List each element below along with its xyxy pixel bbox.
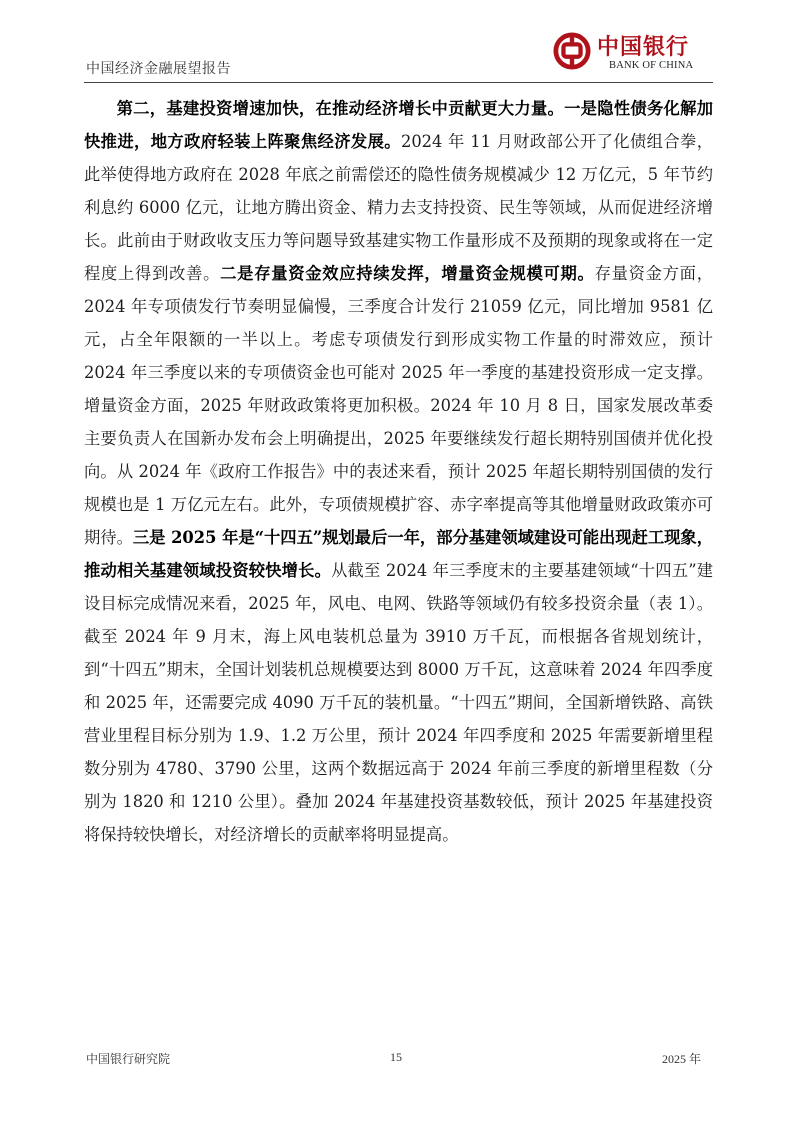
- text-segment-2: 存量资金方面，2024 年专项债发行节奏明显偏慢，三季度合计发行 21059 亿…: [84, 264, 713, 547]
- body-text: 第二，基建投资增速加快，在推动经济增长中贡献更大力量。一是隐性债务化解加快推进，…: [84, 92, 713, 851]
- bank-of-china-logo-icon: [553, 32, 591, 70]
- footer-publisher: 中国银行研究院: [86, 1050, 170, 1067]
- text-segment-1: 2024 年 11 月财政部公开了化债组合拳，此举使得地方政府在 2028 年底…: [84, 132, 713, 283]
- logo-english-name: BANK OF CHINA: [609, 60, 693, 71]
- page-number: 15: [390, 1050, 402, 1065]
- report-title: 中国经济金融展望报告: [86, 58, 231, 78]
- footer-year: 2025 年: [662, 1050, 701, 1067]
- bold-heading-2: 二是存量资金效应持续发挥，增量资金规模可期。: [220, 264, 594, 283]
- bank-logo: 中国银行 BANK OF CHINA: [553, 30, 713, 80]
- header-divider: [84, 82, 713, 83]
- paragraph: 第二，基建投资增速加快，在推动经济增长中贡献更大力量。一是隐性债务化解加快推进，…: [84, 92, 713, 851]
- logo-chinese-name: 中国银行: [597, 30, 689, 61]
- text-segment-3: 从截至 2024 年三季度末的主要基建领域“十四五”建设目标完成情况来看，202…: [84, 561, 713, 844]
